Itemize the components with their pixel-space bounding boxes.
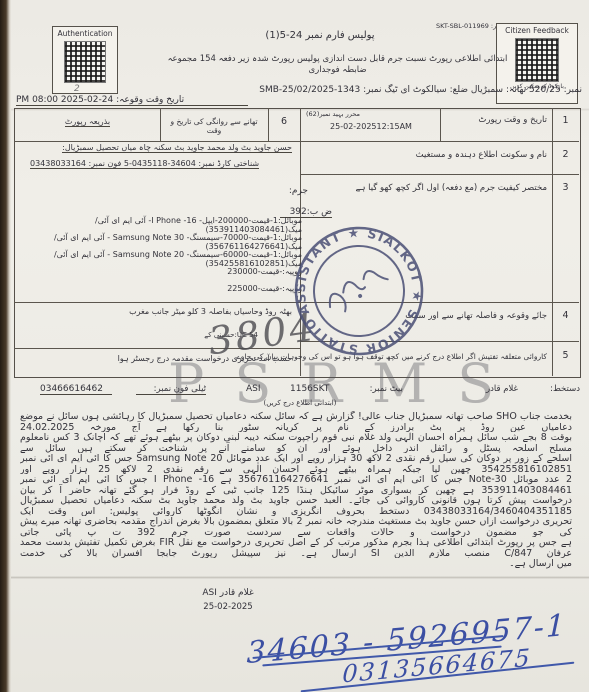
narrative-line: تحریری درخواست ازاں حسن جاوید بٹ مستغیث … [20, 516, 572, 537]
row4-number: 4 [552, 310, 579, 321]
fir-narrative: بخدمت جناب SHO صاحب تھانہ سمبڑیال جناب ع… [20, 411, 572, 579]
complainant-id-phone-line: شناختی کارڈ نمبر: 34604-0435118-5 فون نم… [30, 159, 292, 168]
stolen-item: روپیہ:-قیمت-225000 [18, 284, 302, 301]
row-border [14, 141, 300, 142]
crime-label: جرم: [278, 186, 308, 196]
row5-number: 5 [552, 350, 579, 361]
telephone-value: 03466616462 [40, 384, 112, 395]
scanned-fir-document: Authentication 2 برقی نمبر: SKT-SBL-0119… [0, 0, 589, 692]
row-border [300, 141, 579, 142]
belt-number-label: بیٹ نمبر: [348, 384, 403, 394]
narrative-line: ہے جس پر رپورٹ ابتدائی اطلاعی ہذا بجرم م… [20, 537, 572, 558]
narrative-line: 2 عدد موبائل Note-30 جس کا آئی ایم ای آئ… [20, 474, 572, 495]
row-border [14, 302, 300, 303]
row3-number: 3 [552, 182, 579, 193]
authentication-label: Authentication [53, 29, 117, 38]
narrative-line: اسلحے کے زور پر دوکان کی سیل رقم نقدی 2 … [20, 453, 572, 474]
stamp-inner-signature [323, 265, 393, 316]
stolen-item: موبائل:1-قیمت-200000-ایپل- I Phone -16- … [18, 216, 302, 233]
row-border [300, 174, 579, 175]
row1-label: تاریخ و وقت رپورٹ [478, 115, 547, 125]
body-heading: (ابتدائی اطلاع درج کریں) [218, 399, 382, 407]
photo-edge-shadow [0, 0, 11, 692]
stolen-item: موبائل:1-قیمت-60000-سیمسنگ- Samsung Note… [18, 250, 302, 267]
stolen-item: موبائل:1-قیمت-70000-سیمسنگ- Samsung Note… [18, 233, 302, 250]
narrative-line: درخواست پیش کرتا ہوں قانونی کاروائی کی ج… [20, 495, 572, 516]
row6-content: بذریعہ رپورٹ [20, 117, 155, 126]
row6-number: 6 [268, 116, 300, 127]
signature-name: غلام قادر [458, 384, 518, 394]
signature-label: دستخط: [534, 384, 580, 394]
occurrence-datetime: تاریخ وقت وقوعہ: 24-02-2025 08:00 PM [16, 95, 248, 106]
authentication-qr-box: Authentication [52, 26, 118, 94]
form-subtitle: ابتدائی اطلاعی رپورٹ نسبت جرم قابل دست ا… [165, 53, 510, 75]
citizen-feedback-qr-code-icon [515, 38, 559, 82]
complainant-name-line: حسن جاوید بٹ ولد محمد جاوید بٹ سکنہ چاہ … [22, 143, 292, 152]
narrative-line: بوقت 8 بجے شب سائل ہمراہ احسان الٰہی ولد… [20, 432, 572, 453]
handwritten-note: 2 [74, 84, 80, 94]
narrative-line: بخدمت جناب SHO صاحب تھانہ سمبڑیال جناب ع… [20, 411, 572, 432]
stolen-items-list: موبائل:1-قیمت-200000-ایپل- I Phone -16- … [18, 216, 302, 301]
narrative-line: میں ارسال ہے۔ [20, 558, 572, 579]
row6-label: تھانے سے روانگی کی تاریخ و وقت [162, 117, 266, 135]
cell-border [440, 108, 441, 141]
stolen-item: روپیہ:-قیمت-230000 [18, 267, 302, 284]
departure-via-report: بذریعہ رپورٹ [65, 117, 110, 127]
rank: ASI [246, 384, 276, 394]
belt-number-value: 1156SKT [290, 384, 345, 394]
telephone-label: ٹیلی فون نمبر: [136, 384, 206, 395]
authentication-qr-code-icon [64, 41, 106, 83]
reference-line: نمبر: 520/25 تھانہ: سمبڑیال ضلع: سیالکوٹ… [252, 85, 582, 95]
row2-label: نام و سکونت اطلاع دہندہ و مستغیث [416, 149, 547, 160]
footer-date: 25-02-2025 [158, 602, 298, 612]
row1-number: 1 [552, 115, 579, 126]
cell-border [160, 108, 161, 141]
row2-number: 2 [552, 149, 579, 160]
footer-officer: غلام قادر ASI [158, 588, 298, 598]
citizen-feedback-label: Citizen Feedback [497, 26, 577, 35]
row1-clerk-note: محرر بہید نمبر(62) [306, 110, 436, 118]
row3-label: مختصر کیفیت جرم (مع دفعہ) اول اگر کچھ کھ… [355, 182, 547, 193]
row1-report-datetime: 25-02-202512:15AM [306, 122, 436, 131]
form-title: پولیس فارم نمبر 24-5(1) [235, 30, 405, 41]
